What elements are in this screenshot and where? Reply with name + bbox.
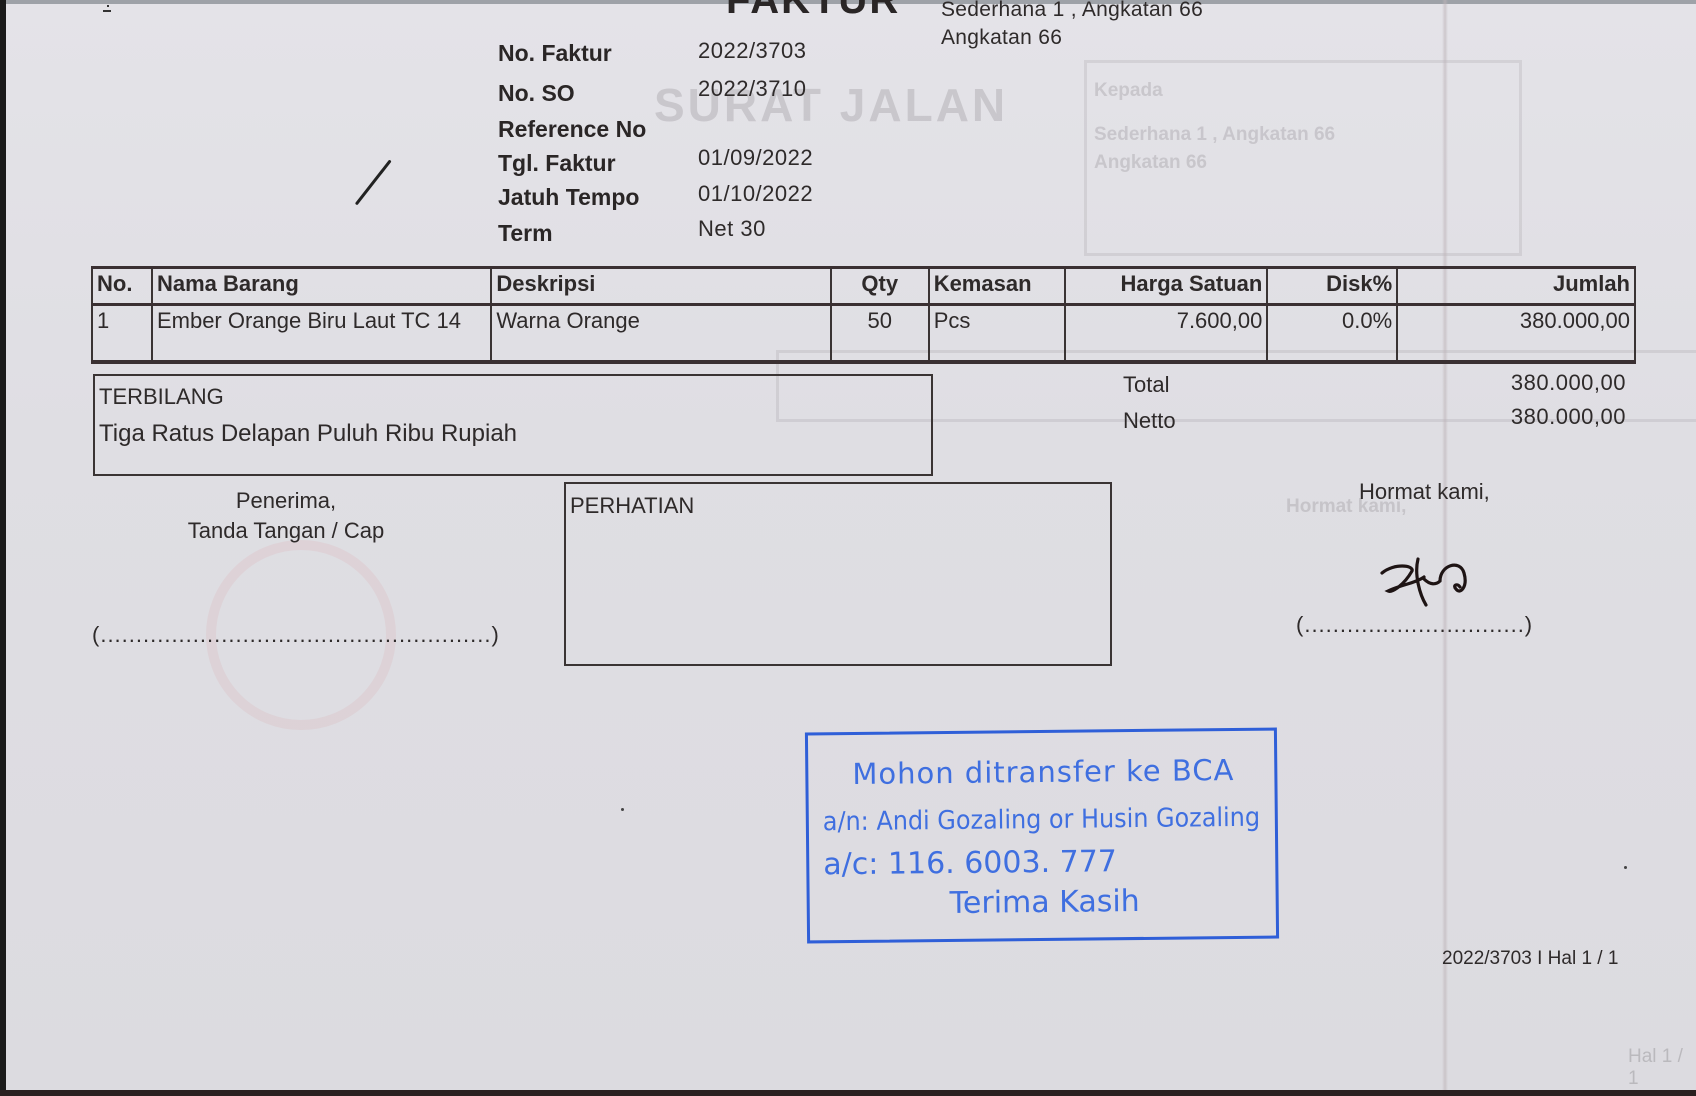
receiver-signature-line: (.......................................…	[92, 622, 500, 648]
document-title: FAKTUR	[726, 0, 900, 23]
col-header-disk: Disk%	[1267, 268, 1397, 305]
meta-label-jatuh-tempo: Jatuh Tempo	[498, 184, 639, 211]
staple-icon	[355, 159, 392, 205]
stamp-transfer-instruction: Mohon ditransfer ke BCA	[852, 753, 1234, 791]
address-line-2: Angkatan 66	[941, 26, 1062, 50]
cell-deskripsi: Warna Orange	[491, 305, 830, 363]
total-label: Total	[1123, 372, 1169, 398]
col-header-deskripsi: Deskripsi	[491, 268, 830, 305]
terbilang-text: Tiga Ratus Delapan Puluh Ribu Rupiah	[99, 420, 517, 448]
netto-value: 380.000,00	[1511, 404, 1626, 430]
receiver-label: Penerima,	[166, 486, 406, 516]
ghost-address1: Sederhana 1 , Angkatan 66	[1094, 124, 1335, 146]
scan-bottom-edge	[0, 1090, 1696, 1096]
ghost-footer: Hal 1 / 1	[1628, 1046, 1696, 1090]
stamp-account-number: a/c: 116. 6003. 777	[823, 844, 1117, 882]
ink-mark	[103, 10, 111, 12]
bank-transfer-stamp: Mohon ditransfer ke BCA a/n: Andi Gozali…	[805, 728, 1279, 944]
meta-value-term: Net 30	[698, 216, 766, 242]
receiver-signature-block: Penerima, Tanda Tangan / Cap	[166, 486, 406, 546]
col-header-jumlah: Jumlah	[1397, 268, 1635, 305]
cell-nama-barang: Ember Orange Biru Laut TC 14	[152, 305, 491, 363]
invoice-paper: SURAT JALAN Kepada Sederhana 1 , Angkata…	[6, 0, 1696, 1090]
meta-label-no-so: No. SO	[498, 80, 575, 107]
fold-crease	[1442, 0, 1448, 1090]
col-header-kemasan: Kemasan	[929, 268, 1065, 305]
handwritten-signature-icon	[1374, 555, 1484, 615]
cell-jumlah: 380.000,00	[1397, 305, 1635, 363]
cell-harga-satuan: 7.600,00	[1065, 305, 1268, 363]
perhatian-label: PERHATIAN	[570, 493, 694, 519]
stamp-thanks: Terima Kasih	[950, 884, 1140, 921]
cell-kemasan: Pcs	[929, 305, 1065, 363]
paper-speck	[621, 808, 624, 811]
address-line-1: Sederhana 1 , Angkatan 66	[941, 0, 1203, 22]
meta-label-reference-no: Reference No	[498, 116, 646, 143]
col-header-nama-barang: Nama Barang	[152, 268, 491, 305]
meta-value-no-faktur: 2022/3703	[698, 38, 807, 64]
paper-speck	[1624, 866, 1627, 869]
netto-label: Netto	[1123, 408, 1176, 434]
receiver-sign-caption: Tanda Tangan / Cap	[166, 516, 406, 546]
meta-label-tgl-faktur: Tgl. Faktur	[498, 150, 616, 177]
perhatian-box: PERHATIAN	[564, 482, 1112, 666]
col-header-harga-satuan: Harga Satuan	[1065, 268, 1268, 305]
meta-label-term: Term	[498, 220, 553, 247]
meta-value-no-so: 2022/3710	[698, 76, 807, 102]
items-table: No. Nama Barang Deskripsi Qty Kemasan Ha…	[91, 266, 1636, 364]
meta-value-tgl-faktur: 01/09/2022	[698, 145, 813, 171]
ghost-kepada-label: Kepada	[1094, 80, 1163, 102]
ghost-address2: Angkatan 66	[1094, 152, 1207, 174]
table-row: 1 Ember Orange Biru Laut TC 14 Warna Ora…	[92, 305, 1635, 363]
stamp-account-name: a/n: Andi Gozaling or Husin Gozaling	[823, 803, 1261, 838]
cell-qty: 50	[831, 305, 929, 363]
page-footer: 2022/3703 I Hal 1 / 1	[1442, 948, 1618, 970]
ink-dot	[107, 5, 109, 7]
sender-greeting: Hormat kami,	[1359, 479, 1490, 505]
cell-disk: 0.0%	[1267, 305, 1397, 363]
col-header-qty: Qty	[831, 268, 929, 305]
sender-signature-line: (...............................)	[1296, 612, 1533, 638]
terbilang-label: TERBILANG	[99, 384, 224, 410]
terbilang-box: TERBILANG Tiga Ratus Delapan Puluh Ribu …	[93, 374, 933, 476]
meta-label-no-faktur: No. Faktur	[498, 40, 612, 67]
table-header-row: No. Nama Barang Deskripsi Qty Kemasan Ha…	[92, 268, 1635, 305]
total-value: 380.000,00	[1511, 370, 1626, 396]
cell-no: 1	[92, 305, 152, 363]
meta-value-jatuh-tempo: 01/10/2022	[698, 181, 813, 207]
col-header-no: No.	[92, 268, 152, 305]
